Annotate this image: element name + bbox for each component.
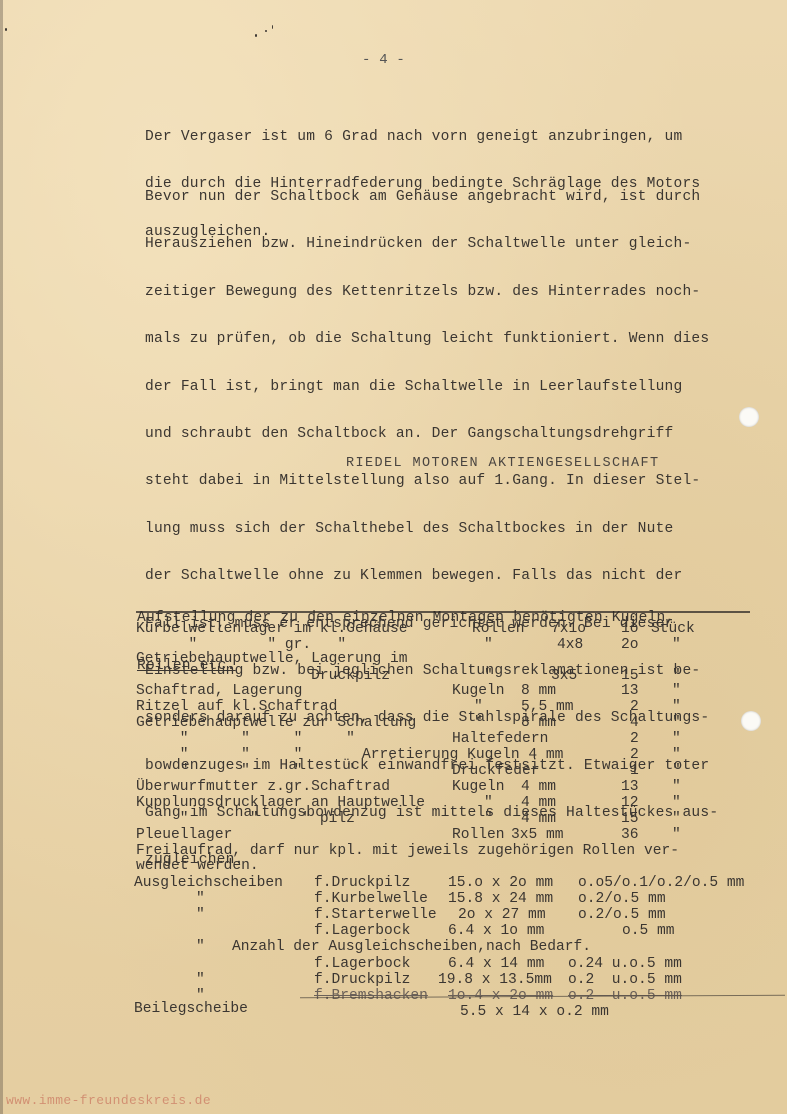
part-qty: 1o <box>621 621 639 637</box>
shim-row: Ausgleichscheiben f.Druckpilz 15.o x 2o … <box>0 875 787 891</box>
shim-label: " <box>196 939 205 955</box>
part-name: Pleuellager <box>136 827 232 843</box>
shim-for: f.Druckpilz <box>314 972 410 988</box>
part-type: Rollen <box>472 621 525 637</box>
table-row: Überwurfmutter z.gr.Schaftrad Kugeln 4 m… <box>0 779 787 795</box>
part-name: " " " <box>136 747 302 763</box>
part-size: 4 mm <box>521 795 556 811</box>
shim-for: f.Druckpilz <box>314 875 410 891</box>
shim-label: " <box>196 907 205 923</box>
part-type: " <box>474 715 483 731</box>
part-type: Kugeln <box>452 683 505 699</box>
table-row: Kurbelwellenlager im kl.Gehäuse Rollen 7… <box>0 621 787 637</box>
part-type: Arretierung Kugeln 4 mm <box>362 747 563 763</box>
ink-speck <box>265 30 267 32</box>
table-row: Druckpilz " 3x5 15 " <box>0 668 787 684</box>
part-unit: " <box>672 699 681 715</box>
shim-thickness: o.5 mm <box>622 923 675 939</box>
shim-dims: 15.8 x 24 mm <box>448 891 553 907</box>
shim-label: " <box>196 891 205 907</box>
shim-for: f.Lagerbock <box>314 956 410 972</box>
part-name: Ritzel auf kl.Schaftrad <box>136 699 337 715</box>
part-name: Getriebehauptwelle, Lagerung im <box>136 651 408 667</box>
punch-hole <box>739 407 759 427</box>
text-line: Bevor nun der Schaltbock am Gehäuse ange… <box>145 189 765 204</box>
table-row: Pleuellager Rollen 3x5 mm 36 " <box>0 827 787 843</box>
shim-row: f.Lagerbock 6.4 x 14 mm o.24 u.o.5 mm <box>0 956 787 972</box>
part-name: Überwurfmutter z.gr.Schaftrad <box>136 779 390 795</box>
table-row: Kupplungsdrucklager an Hauptwelle " 4 mm… <box>0 795 787 811</box>
separator-rule <box>136 611 750 613</box>
part-size: 8 mm <box>521 715 556 731</box>
shim-row: f.Lagerbock 6.4 x 1o mm o.5 mm <box>0 923 787 939</box>
part-name: " " " " <box>136 763 355 779</box>
part-unit: " <box>672 779 681 795</box>
part-qty: 2 <box>630 699 639 715</box>
part-unit: " <box>672 827 681 843</box>
part-size: 5,5 mm <box>521 699 574 715</box>
text-line: lung muss sich der Schalthebel des Schal… <box>145 521 765 536</box>
part-size: 4 mm <box>521 779 556 795</box>
part-unit: Stück <box>651 621 695 637</box>
text-line: Der Vergaser ist um 6 Grad nach vorn gen… <box>145 129 765 144</box>
company-name: RIEDEL MOTOREN AKTIENGESELLSCHAFT <box>346 456 660 471</box>
shim-for: f.Lagerbock <box>314 923 410 939</box>
table-row: " " " Arretierung Kugeln 4 mm 2 " <box>0 747 787 763</box>
shim-label: Ausgleichscheiben <box>134 875 283 891</box>
text-line: und schraubt den Schaltbock an. Der Gang… <box>145 426 765 441</box>
shim-dims: 15.o x 2o mm <box>448 875 553 891</box>
part-type: Druckfeder <box>452 763 540 779</box>
table-row: " " " pilz " 4 mm 15 " <box>0 811 787 827</box>
part-unit: " <box>672 747 681 763</box>
washer-dims-row: 5.5 x 14 x o.2 mm <box>0 1004 787 1020</box>
part-size: 3x5 <box>551 668 577 684</box>
shim-note-row: " Anzahl der Ausgleichscheiben,nach Beda… <box>0 939 787 955</box>
part-unit: " <box>672 668 681 684</box>
shim-thickness: o.2/o.5 mm <box>578 891 666 907</box>
washer-dims: 5.5 x 14 x o.2 mm <box>460 1004 609 1020</box>
shim-for: f.Starterwelle <box>314 907 437 923</box>
text-line: mals zu prüfen, ob die Schaltung leicht … <box>145 331 765 346</box>
freilauf-note: Freilaufrad, darf nur kpl. mit jeweils z… <box>0 843 787 859</box>
part-size: 7x1o <box>551 621 586 637</box>
part-name: " " " " <box>136 731 355 747</box>
table-row: Schaftrad, Lagerung Kugeln 8 mm 13 " <box>0 683 787 699</box>
part-type: " <box>484 811 493 827</box>
shim-row: " f.Kurbelwelle 15.8 x 24 mm o.2/o.5 mm <box>0 891 787 907</box>
part-unit: " <box>672 715 681 731</box>
part-type: Haltefedern <box>452 731 548 747</box>
part-unit: " <box>672 731 681 747</box>
note-line: wendet werden. <box>136 858 259 874</box>
part-qty: 13 <box>621 683 639 699</box>
part-qty: 36 <box>621 827 639 843</box>
text-line: der Fall ist, bringt man die Schaltwelle… <box>145 379 765 394</box>
part-size: 8 mm <box>521 683 556 699</box>
part-type: " <box>474 699 483 715</box>
text-line: zeitiger Bewegung des Kettenritzels bzw.… <box>145 284 765 299</box>
part-name: Schaftrad, Lagerung <box>136 683 302 699</box>
text-line: steht dabei in Mittelstellung also auf 1… <box>145 473 765 488</box>
ink-speck <box>5 28 7 31</box>
shim-dims: 6.4 x 14 mm <box>448 956 544 972</box>
table-row: " " " " Druckfeder 1 " <box>0 763 787 779</box>
watermark: www.imme-freundeskreis.de <box>6 1093 211 1108</box>
part-unit: " <box>672 795 681 811</box>
shim-dims: 6.4 x 1o mm <box>448 923 544 939</box>
part-qty: 15 <box>621 811 639 827</box>
part-name: Kurbelwellenlager im kl.Gehäuse <box>136 621 408 637</box>
ink-speck <box>255 34 257 37</box>
table-row: " " " " Haltefedern 2 " <box>0 731 787 747</box>
note-line: Freilaufrad, darf nur kpl. mit jeweils z… <box>136 843 679 859</box>
part-unit: " <box>672 811 681 827</box>
part-unit: " <box>672 683 681 699</box>
part-type: Rollen <box>452 827 505 843</box>
shim-thickness: o.2 u.o.5 mm <box>568 972 682 988</box>
part-qty: 15 <box>621 668 639 684</box>
part-unit: " <box>672 763 681 779</box>
part-qty: 12 <box>621 795 639 811</box>
shim-row: " f.Druckpilz 19.8 x 13.5mm o.2 u.o.5 mm <box>0 972 787 988</box>
shim-label: " <box>196 972 205 988</box>
shim-dims: 19.8 x 13.5mm <box>438 972 552 988</box>
part-type: " <box>484 795 493 811</box>
part-size: 3x5 mm <box>511 827 564 843</box>
table-row: Getriebehauptwelle zur Schaltung " 8 mm … <box>0 715 787 731</box>
table-row: Getriebehauptwelle, Lagerung im <box>0 651 787 667</box>
table-row: Ritzel auf kl.Schaftrad " 5,5 mm 2 " <box>0 699 787 715</box>
shim-row: " f.Starterwelle 2o x 27 mm o.2/o.5 mm <box>0 907 787 923</box>
part-type: " <box>484 668 493 684</box>
text-line: Herausziehen bzw. Hineindrücken der Scha… <box>145 236 765 251</box>
part-name: " " " pilz <box>136 811 355 827</box>
part-type: Kugeln <box>452 779 505 795</box>
shim-thickness: o.o5/o.1/o.2/o.5 mm <box>578 875 744 891</box>
part-qty: 1 <box>630 763 639 779</box>
ink-speck <box>272 25 273 29</box>
part-qty: 2 <box>630 747 639 763</box>
part-qty: 13 <box>621 779 639 795</box>
part-name: Druckpilz <box>136 668 390 684</box>
part-qty: 4 <box>630 715 639 731</box>
shim-note: Anzahl der Ausgleichscheiben,nach Bedarf… <box>232 939 591 955</box>
part-name: Kupplungsdrucklager an Hauptwelle <box>136 795 425 811</box>
page-number: - 4 - <box>362 52 405 68</box>
shim-for: f.Kurbelwelle <box>314 891 428 907</box>
shim-thickness: o.2/o.5 mm <box>578 907 666 923</box>
shim-dims: 2o x 27 mm <box>458 907 546 923</box>
shim-thickness: o.24 u.o.5 mm <box>568 956 682 972</box>
freilauf-note: wendet werden. <box>0 858 787 874</box>
part-qty: 2 <box>630 731 639 747</box>
part-name: Getriebehauptwelle zur Schaltung <box>136 715 416 731</box>
part-size: 4 mm <box>521 811 556 827</box>
